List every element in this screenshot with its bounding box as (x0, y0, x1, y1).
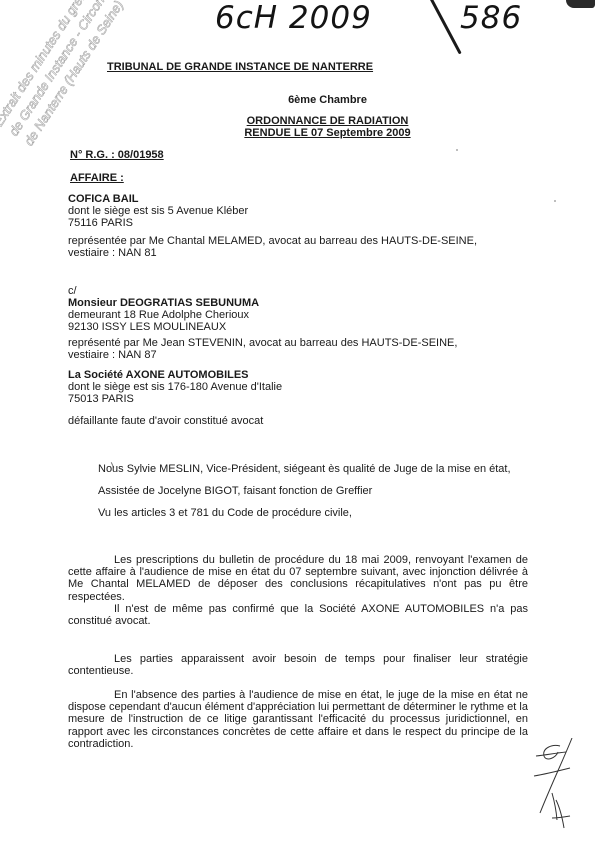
handwritten-reference: 6cH 2009 (215, 0, 372, 36)
paragraph-confirmation: Il n'est de même pas confirmé que la Soc… (68, 603, 528, 627)
court-title: TRIBUNAL DE GRANDE INSTANCE DE NANTERRE (107, 61, 373, 73)
defendant2-prefix: La Société (68, 369, 126, 381)
paragraph-prescriptions: Les prescriptions du bulletin de procédu… (68, 554, 528, 603)
defendant2-block: La Société AXONE AUTOMOBILES dont le siè… (68, 369, 282, 405)
defendant1-vestiaire: vestiaire : NAN 87 (68, 349, 457, 361)
judge-initials-signature (530, 738, 580, 833)
paragraph-parties: Les parties apparaissent avoir besoin de… (68, 653, 528, 677)
defendant2-name: AXONE AUTOMOBILES (126, 369, 249, 381)
defendant1-name: DEOGRATIAS SEBUNUMA (120, 297, 259, 309)
defendant1-counsel-text: représenté par Me Jean STEVENIN, avocat … (68, 337, 457, 349)
order-date: RENDUE LE 07 Septembre 2009 (30, 127, 595, 139)
rg-number: N° R.G. : 08/01958 (70, 149, 164, 161)
plaintiff-vestiaire: vestiaire : NAN 81 (68, 247, 477, 259)
defendant1-block: c/ Monsieur DEOGRATIAS SEBUNUMA demeuran… (68, 285, 259, 333)
versus-marker: c/ (68, 285, 259, 297)
handwritten-number: 586 (460, 0, 522, 36)
plaintiff-counsel: représentée par Me Chantal MELAMED, avoc… (68, 235, 477, 259)
order-heading: ORDONNANCE DE RADIATION RENDUE LE 07 Sep… (30, 115, 595, 139)
scan-speck (456, 149, 458, 151)
clerk-line: Assistée de Jocelyne BIGOT, faisant fonc… (98, 485, 372, 497)
judge-line: Nous Sylvie MESLIN, Vice-Président, siég… (98, 463, 511, 475)
chamber: 6ème Chambre (30, 94, 595, 106)
defendant2-status: défaillante faute d'avoir constitué avoc… (68, 415, 263, 427)
paragraph-absence: En l'absence des parties à l'audience de… (68, 689, 528, 750)
scan-speck (554, 200, 556, 202)
articles-line: Vu les articles 3 et 781 du Code de proc… (98, 507, 352, 519)
defendant1-prefix: Monsieur (68, 297, 120, 309)
document-page: 6cH 2009 586 Extrait des minutes du gref… (0, 0, 595, 841)
scan-edge-mark (566, 0, 595, 8)
handwritten-slash (429, 0, 462, 55)
plaintiff-name: COFICA BAIL (68, 193, 138, 205)
defendant1-address-2: 92130 ISSY LES MOULINEAUX (68, 321, 259, 333)
defendant2-address-1: dont le siège est sis 176-180 Avenue d'I… (68, 381, 282, 393)
plaintiff-address-1: dont le siège est sis 5 Avenue Kléber (68, 205, 248, 217)
plaintiff-block: COFICA BAIL dont le siège est sis 5 Aven… (68, 193, 248, 229)
defendant1-address-1: demeurant 18 Rue Adolphe Cherioux (68, 309, 259, 321)
affaire-label: AFFAIRE : (70, 172, 124, 184)
plaintiff-address-2: 75116 PARIS (68, 217, 248, 229)
defendant1-counsel: représenté par Me Jean STEVENIN, avocat … (68, 337, 457, 361)
plaintiff-counsel-text: représentée par Me Chantal MELAMED, avoc… (68, 235, 477, 247)
order-title: ORDONNANCE DE RADIATION (30, 115, 595, 127)
defendant2-address-2: 75013 PARIS (68, 393, 282, 405)
